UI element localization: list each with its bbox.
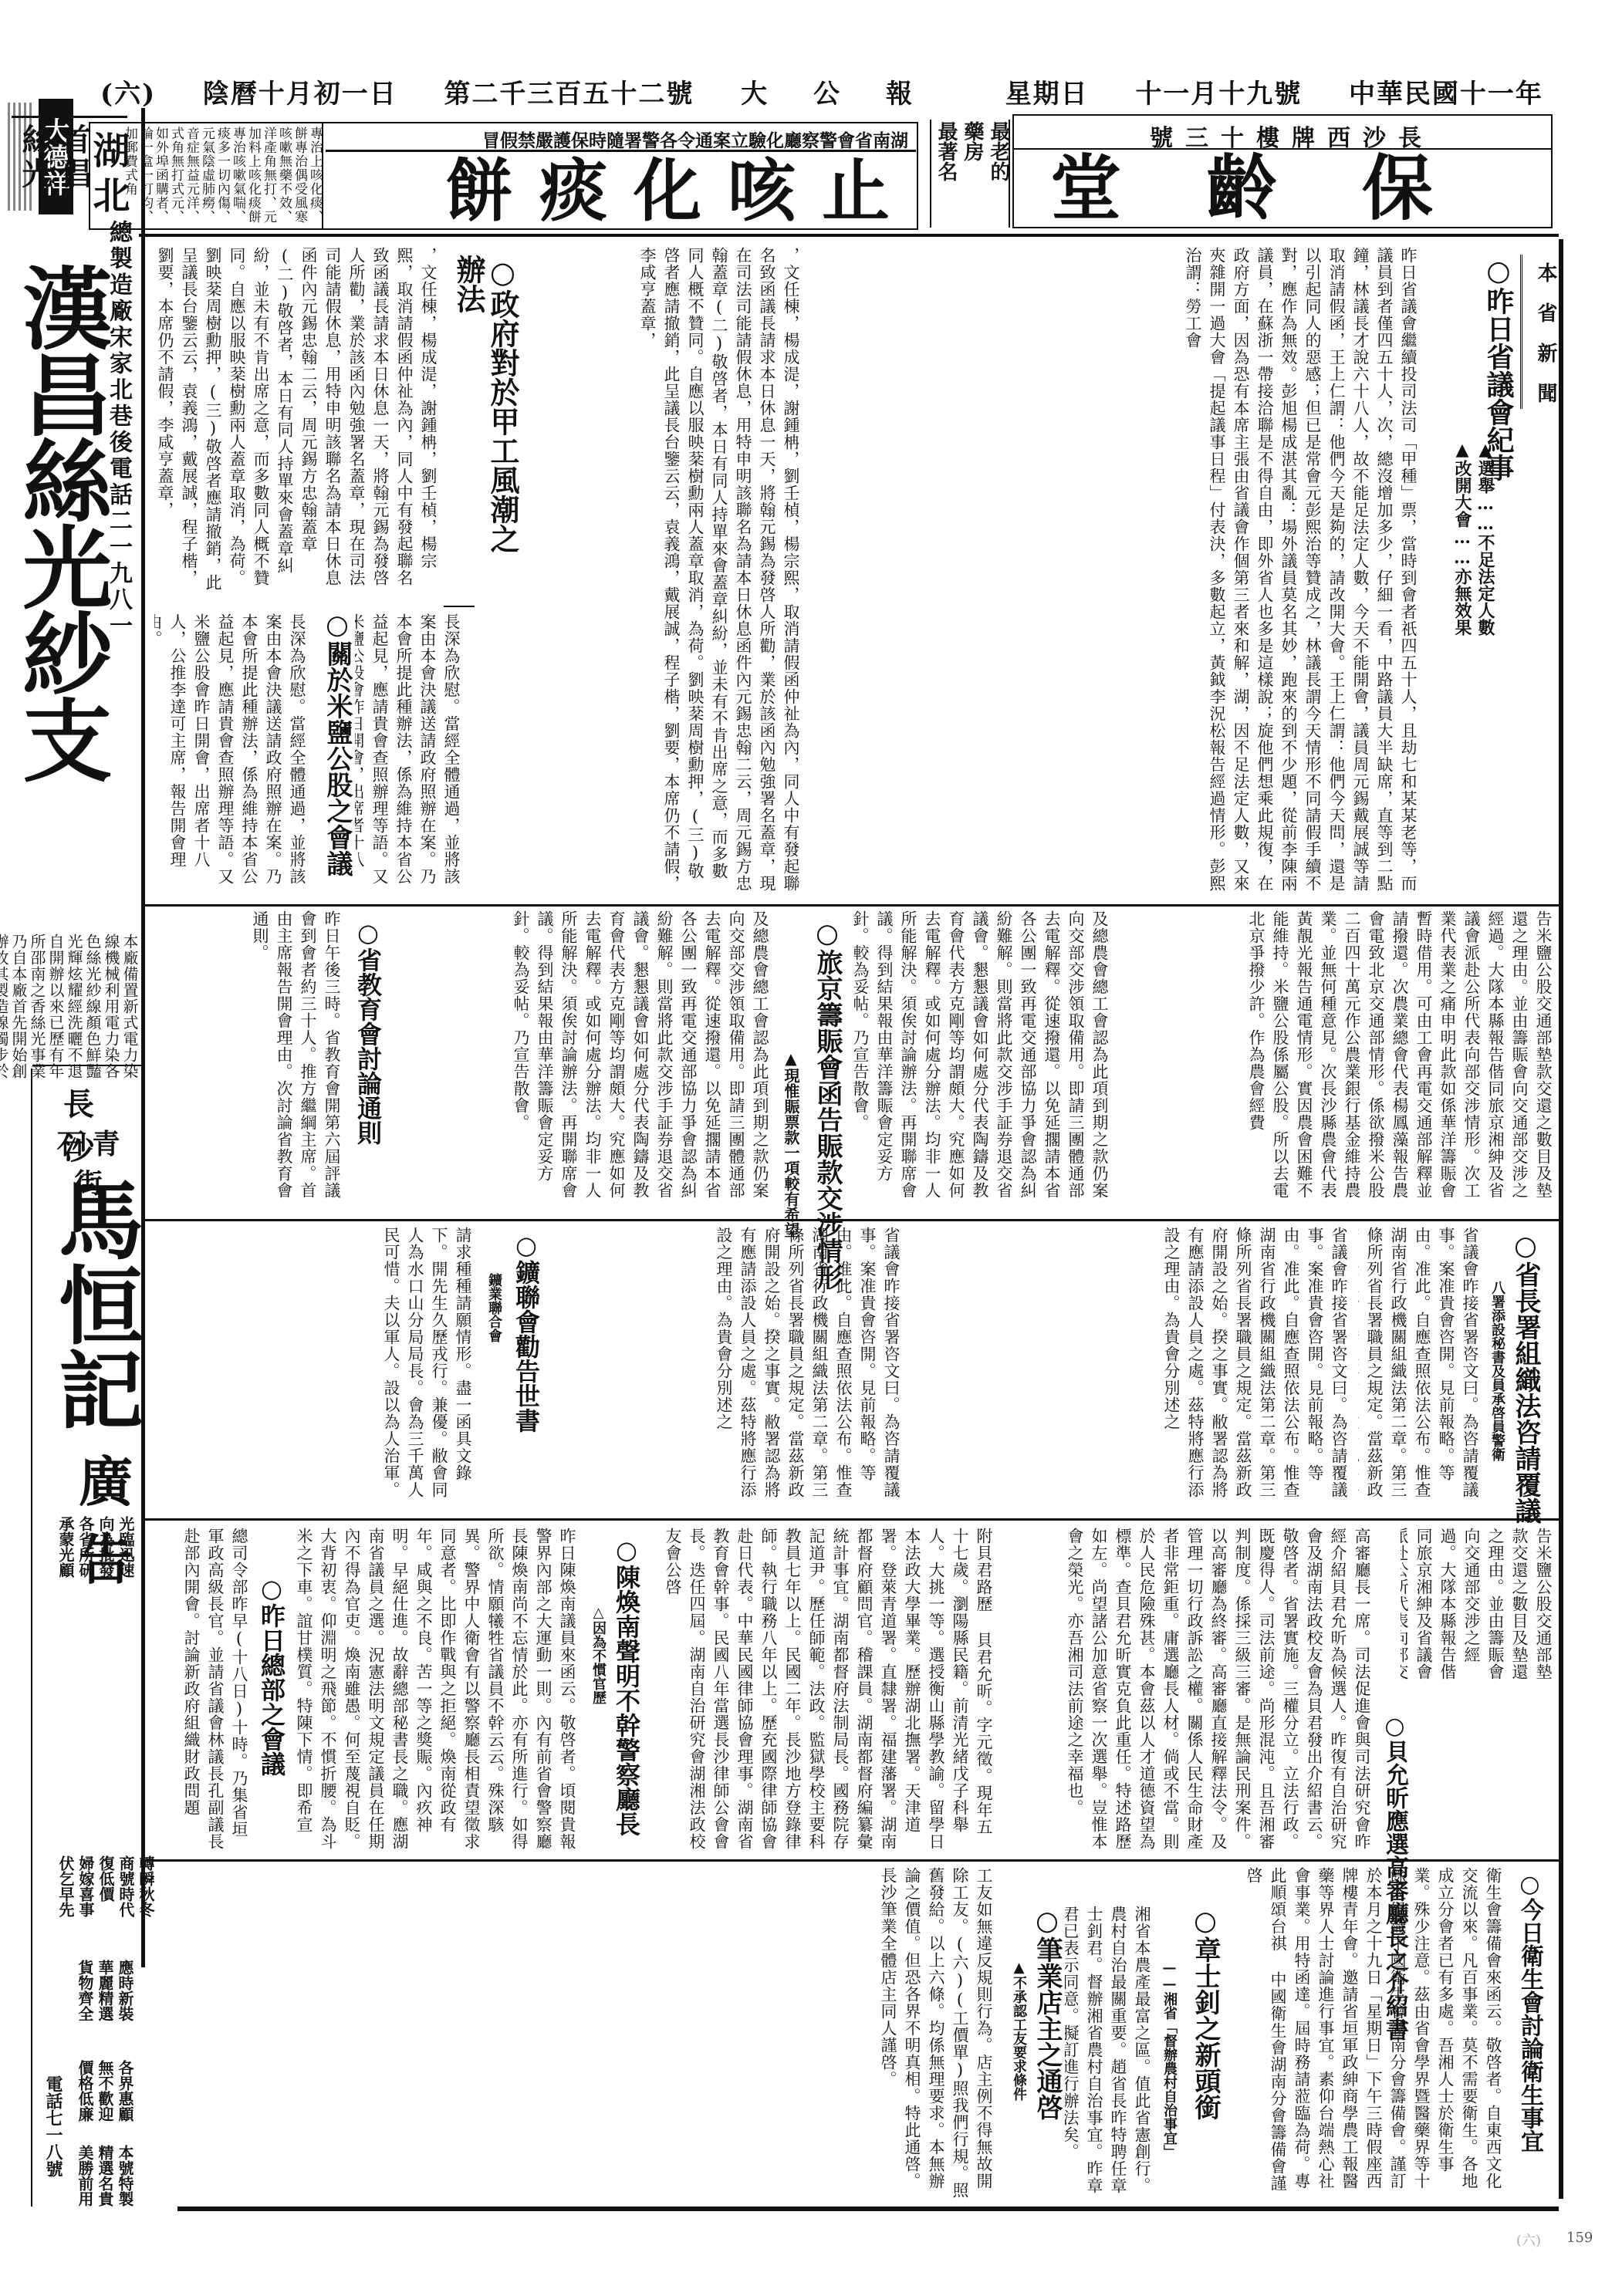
section-circle-icon: ○ bbox=[1030, 1906, 1064, 1936]
labor-unrest-body: ，文任棟，楊成湜，謝鍾柟，劉壬楨，楊宗熙，取消請假函仲祉為內，同人中有發起聯名致… bbox=[494, 247, 803, 895]
subhead: ▲選舉……不足法定人數 bbox=[1475, 440, 1495, 636]
silk-factory: 總製造廠宋家北巷後電話二一九八一 bbox=[101, 220, 135, 640]
mining-subhead: 鑛業聯合會 bbox=[482, 1273, 505, 1342]
rice-salt-report: 告米鹽公股交通部墊款交還之數目及墊還之理由。並由籌賑會向交通部交涉之經過。大隊本… bbox=[1115, 910, 1555, 1215]
subhead: ▲改開大會……亦無效果 bbox=[1452, 440, 1472, 636]
section-circle-icon: ○ bbox=[485, 255, 519, 289]
promo-line: 美勝前用 bbox=[76, 2145, 94, 2207]
promo-line: 本號特製 bbox=[116, 2145, 134, 2207]
governor-office-subhead: 八署添設秘書及員承啓員警衛 bbox=[1485, 1281, 1509, 1461]
section-circle-icon: ○ bbox=[509, 1231, 543, 1260]
tagline-line: 光臨迅速 bbox=[117, 1516, 135, 1578]
hygiene-headline: ○今日衛生會討論衛生事宜 bbox=[1512, 1871, 1546, 2152]
headline-text: 章士釗之新頭銜 bbox=[1190, 1936, 1221, 2120]
ministry-meeting-body: 總司令部昨早(十八日)十時。乃集省垣軍政高級長官。並請省議會林議長孔副議長赴部內… bbox=[154, 1528, 251, 1852]
hygiene-body: 衛生會籌備會來函云。敬啓者。自東西文化交流以來。凡百事業。莫不需要衛生。各地成立… bbox=[1227, 1867, 1505, 2199]
issue-number: 第二千三百五十二號 bbox=[444, 73, 694, 110]
shop-owners-subhead: ▲不承認工友要求條件 bbox=[1007, 1960, 1030, 2101]
lunar-date: 陰曆十月初一日 bbox=[203, 73, 397, 110]
year: 中華民國十一年 bbox=[1349, 73, 1543, 110]
ma-heng-ji-lower: 應時新裝 華麗精選 貨物齊全 各界惠顧 無不歡迎 價格低廉 本號特製 精選名貴 … bbox=[31, 1852, 167, 2207]
section-circle-icon: ○ bbox=[810, 918, 844, 949]
governor-office-headline: ○省長署組織法咨請覆議 bbox=[1509, 1231, 1543, 1524]
chen-huannan-headline: ○陳煥南聲明不幹警察廳長 bbox=[610, 1535, 644, 1836]
headline-text: 陳煥南聲明不幹警察廳長 bbox=[612, 1565, 641, 1836]
pharmacy-slogan: 最老的 藥房 最著名 bbox=[930, 120, 1010, 228]
headline-text: 昨日總部之會議 bbox=[257, 1603, 286, 1776]
education-headline: ○省教育會討論通則 bbox=[351, 918, 385, 1145]
band-rule-4 bbox=[145, 1859, 1559, 1862]
section-circle-icon: ○ bbox=[351, 918, 385, 947]
relief-subhead: ▲現惟賑票款一項較有希望 bbox=[779, 1049, 803, 1237]
authority-line: 湖南省會警察廳化驗立案通令各警署隨時保護嚴禁假冒 bbox=[329, 127, 908, 152]
governor-office-body-cont2: 省議會昨接省署咨文曰。為咨請覆議事。案准貴會咨開。見前報略。等由。准此。自應查照… bbox=[556, 1227, 903, 1512]
labor-unrest-headline: ○政府對於甲工風潮之辦法 bbox=[451, 255, 519, 579]
section-circle-icon: ○ bbox=[1509, 1231, 1543, 1261]
cough-cake-ad: 專治上咳化痰、餅專治偶受風寒咳嗽無藥不效、洋產角無打、元加料上咳化痰餅專治咳嗽氣… bbox=[89, 122, 918, 230]
section-circle-icon: ○ bbox=[320, 609, 354, 640]
left-top-body: ，文任棟，楊成湜，謝鍾柟，劉壬楨，楊宗熙，取消請假函仲祉為內，同人中有發起聯名致… bbox=[154, 247, 440, 602]
salt-shares-headline: ○關於米鹽公股之會議 bbox=[320, 609, 354, 876]
headline-text: 政府對於甲工風潮之辦法 bbox=[451, 255, 520, 553]
tagline-line: 承蒙光顧 bbox=[56, 1516, 75, 1578]
slogan-line: 最著名 bbox=[934, 121, 958, 181]
section-circle-icon: ○ bbox=[610, 1535, 644, 1565]
mining-headline: ○鑛聯會勸告世書 bbox=[509, 1231, 543, 1433]
headline-text: 省長署組織法咨請覆議 bbox=[1510, 1261, 1541, 1524]
divider bbox=[322, 123, 323, 228]
band-rule-2 bbox=[145, 1219, 1559, 1221]
left-vertical-rule bbox=[141, 108, 145, 1967]
silk-tagline: 首倡絲光 bbox=[15, 123, 93, 208]
footer-folio: 159 bbox=[1566, 2230, 1593, 2246]
phone-number: 電話七一八號 bbox=[42, 2075, 66, 2177]
local-news-border bbox=[1520, 255, 1524, 409]
band-rule-3 bbox=[145, 1518, 1559, 1521]
date: 十一月十九號 bbox=[1135, 73, 1302, 110]
footer-page-mark: (六) bbox=[1516, 2230, 1541, 2250]
promo-line: 精選名貴 bbox=[96, 2145, 114, 2207]
masthead: (六) 陰曆十月初一日 第二千三百五十二號 大公報 星期日 十一月十九號 中華民… bbox=[100, 77, 1543, 105]
product-name: 止咳化痰餅 bbox=[329, 153, 916, 228]
relief-body-cont: 及總農會總工會認為此項到期之款仍案向交部交涉領取備用。即請三團體通部去電解釋。從… bbox=[432, 910, 772, 1215]
section-circle-icon: ○ bbox=[255, 1574, 289, 1603]
salt-shares-body-cont: 長深為欣慰。當經全體通過，並將該案由本會決議送請政府照辦在案。乃本會所提此種辦法… bbox=[154, 613, 309, 899]
slogan-line: 最老的 bbox=[987, 121, 1010, 181]
governor-office-body-cont: 省議會昨接省署咨文曰。為咨請覆議事。案准貴會咨開。見前報略。等由。准此。自應查照… bbox=[911, 1227, 1350, 1512]
chen-huannan-body: 昨日陳煥南議員來函云。敬啓者。頃閱貴報警界內部之大運動一則。內有前省會警察廳長陳… bbox=[293, 1528, 579, 1852]
labor-conditions-body: 工友如無違反規則行為。店主例不得無故開除工友。(六)(工價單)照我們行規。照舊發… bbox=[185, 1867, 995, 2199]
local-news-label: 本省新聞 bbox=[1532, 262, 1560, 423]
headline-text: 今日衛生會討論衛生事宜 bbox=[1516, 1898, 1543, 2152]
tagline-block: 光臨迅速 向為批發 各省所研 承蒙光顧 bbox=[56, 1516, 136, 1609]
education-body: 昨日午後三時。省教育會開第六屆評議會到會者約三十人。推方繼綱主席。首由主席報告開… bbox=[154, 910, 343, 1215]
promo-line: 華麗精選 bbox=[96, 1960, 114, 2021]
divider bbox=[444, 606, 475, 607]
band-rule-1 bbox=[145, 904, 1559, 907]
section-circle-icon: ○ bbox=[1377, 1713, 1411, 1740]
judicial-body: 高審廳長一席。司法促進會與司法研究會昨經介紹貝君允昕為候選人。昨復有自治研究會及… bbox=[1003, 1528, 1374, 1852]
ma-heng-ji-ad: 長沙 青石街 馬恒記 廣告 光臨迅速 向為批發 各省所研 承蒙光顧 轉瞬秋冬 商… bbox=[31, 1069, 140, 1963]
weekday: 星期日 bbox=[1005, 73, 1089, 110]
assembly-body: 昨日省議會繼續投司法司「甲種」票，當時到會者祇四五十人，且劫七和某某老等，而議員… bbox=[810, 247, 1420, 895]
tagline-line: 向為批發 bbox=[96, 1516, 115, 1578]
headline-text: 筆業店主之通啓 bbox=[1032, 1936, 1063, 2120]
promo-line: 無不歡迎 bbox=[96, 2060, 114, 2122]
headline-text: 省教育會討論通則 bbox=[353, 947, 383, 1145]
tagline-line: 各省所研 bbox=[76, 1516, 95, 1578]
silk-name: 漢昌絲光紗支 bbox=[8, 262, 112, 781]
promo-line: 各界惠顧 bbox=[116, 2060, 134, 2122]
divider bbox=[32, 1065, 144, 1066]
assembly-subheads: ▲選舉……不足法定人數 ▲改開大會……亦無效果 bbox=[1451, 440, 1497, 748]
promo-line: 價格低廉 bbox=[76, 2060, 94, 2122]
zhang-shijian-subhead: ——湘省「督辦農村自治事宜」 bbox=[1157, 1960, 1181, 2159]
bottom-rule bbox=[177, 2207, 1559, 2211]
promo-block-3: 各界惠顧 無不歡迎 價格低廉 bbox=[75, 2060, 135, 2137]
baolingtang-name: 保齡堂 bbox=[1029, 150, 1539, 227]
promo-block-4: 本號特製 精選名貴 美勝前用 bbox=[75, 2145, 135, 2222]
zhang-shijian-headline: ○章士釗之新頭銜 bbox=[1188, 1906, 1222, 2120]
governor-office-body: 省議會昨接省署咨文曰。為咨請覆議事。案准貴會咨開。見前報略。等由。准此。自應查照… bbox=[1358, 1227, 1482, 1512]
shop-name: 馬恒記 bbox=[48, 1177, 140, 1431]
chen-huannan-subhead: △因為不慣官歷 bbox=[586, 1605, 610, 1704]
divider bbox=[12, 116, 127, 118]
silk-ad: 湖北 首倡絲光 漢昌絲光紗支 總製造廠宋家北巷後電話二一九八一 本廠備置新式電力… bbox=[8, 116, 135, 1065]
cough-cake-description: 專治上咳化痰、餅專治偶受風寒咳嗽無藥不效、洋產角無打、元加料上咳化痰餅專治咳嗽氣… bbox=[176, 127, 323, 227]
judicial-preface: 告米鹽公股交通部墊款交還之數目及墊還之理由。並由籌賑會向交通部交涉之經過。大隊本… bbox=[1401, 1528, 1555, 1682]
zhang-shijian-body: 湘省本農產最富之區。值此省憲創行。農村自治最關重要。趙省長昨特聘任章士釗君。督辦… bbox=[1065, 1906, 1154, 2199]
relief-body: 及總農會總工會認為此項到期之款仍案向交部交涉領取備用。即請三團體通部去電解釋。從… bbox=[849, 910, 1111, 1215]
shop-owners-headline: ○筆業店主之通啓 bbox=[1030, 1906, 1064, 2120]
right-vertical-rule bbox=[1559, 239, 1563, 2199]
section-circle-icon: ○ bbox=[1482, 255, 1516, 287]
section-circle-icon: ○ bbox=[1512, 1871, 1546, 1898]
headline-text: 鑛聯會勸告世書 bbox=[512, 1260, 541, 1433]
salt-shares-body: 長深為欣慰。當經全體通過，並將該案由本會決議送請政府照辦在案。乃本會所提此種辦法… bbox=[355, 613, 463, 899]
promo-line: 應時新裝 bbox=[116, 1960, 134, 2021]
promo-line: 貨物齊全 bbox=[76, 1960, 94, 2021]
baolingtang-ad: 長沙西牌樓十三號 保齡堂 bbox=[1012, 114, 1553, 228]
section-circle-icon: ○ bbox=[1188, 1906, 1222, 1936]
paper-name: 大公報 bbox=[741, 73, 958, 110]
top-rule bbox=[139, 234, 1559, 237]
slogan-line: 藥房 bbox=[961, 121, 984, 161]
headline-text: 關於米鹽公股之會議 bbox=[322, 640, 353, 876]
ministry-meeting-headline: ○昨日總部之會議 bbox=[255, 1574, 289, 1776]
mining-body: 請求種種請願情形。盡一函具文錄下。開先生久歷戎行。兼優。敝會同人為水口山分局局長… bbox=[154, 1227, 475, 1512]
judicial-bio: 附貝君路歷 貝君允昕。字元徵。現年五十七歲。瀏陽縣民籍。前清光緒戊子科舉人。大挑… bbox=[640, 1528, 995, 1852]
promo-block-2: 應時新裝 華麗精選 貨物齊全 bbox=[75, 1960, 135, 2044]
